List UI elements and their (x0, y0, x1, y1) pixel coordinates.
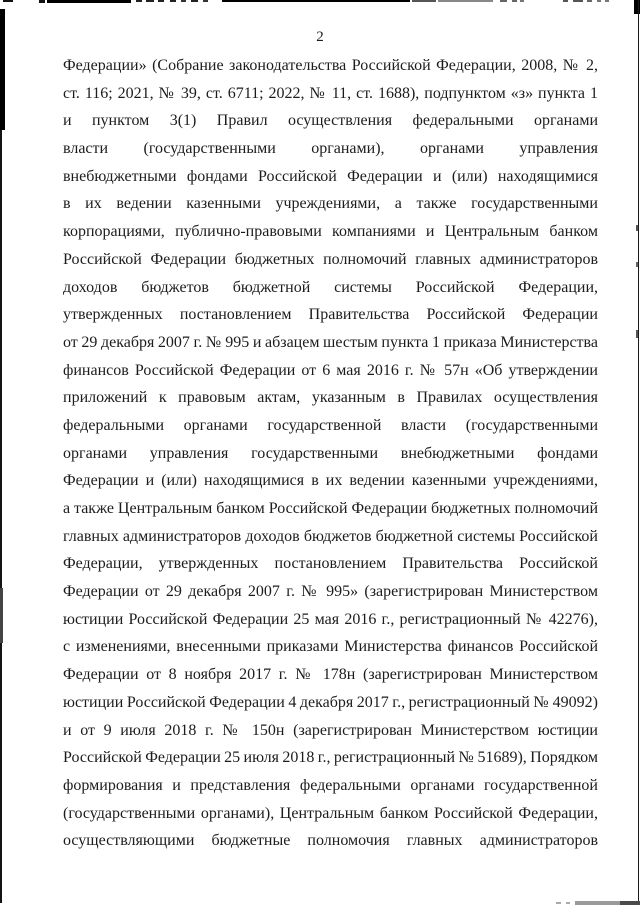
text-line: Федерации, утвержденных постановлением П… (63, 550, 598, 578)
scan-edge-top (222, 0, 410, 2)
text-line: Российской Федерации 25 июля 2018 г., ре… (63, 744, 598, 772)
scan-edge-top (136, 0, 142, 2)
text-line: приложений к правовым актам, указанным в… (63, 384, 598, 412)
text-line: утвержденных постановлением Правительств… (63, 301, 598, 329)
scan-edge-top (563, 0, 568, 2)
scan-edge-top (512, 0, 517, 2)
scan-edge-bottom (566, 902, 570, 904)
scan-edge-left (0, 9, 5, 130)
text-line: юстиции Российской Федерации 4 декабря 2… (63, 689, 598, 717)
scan-edge-left (0, 588, 3, 643)
text-line: Федерации от 29 декабря 2007 г. № 995» (… (63, 578, 598, 606)
document-text: Федерации» (Собрание законодательства Ро… (63, 52, 598, 855)
text-line: финансов Российской Федерации от 6 мая 2… (63, 357, 598, 385)
scan-edge-top (597, 0, 601, 2)
text-line: Федерации и (или) находящимися в их веде… (63, 467, 598, 495)
scan-edge-top (587, 0, 592, 2)
text-line: (государственными органами), Центральным… (63, 800, 598, 828)
text-line: и от 9 июля 2018 г. № 150н (зарегистриро… (63, 717, 598, 745)
scan-edge-top (438, 0, 493, 2)
scan-edge-top (520, 0, 524, 2)
page-number: 2 (0, 29, 640, 46)
text-line: Российской Федерации бюджетных полномочи… (63, 246, 598, 274)
text-line: осуществляющими бюджетные полномочия гла… (63, 827, 598, 855)
scan-edge-top (47, 0, 131, 3)
text-line: Федерации от 8 ноября 2017 г. № 178н (за… (63, 661, 598, 689)
scan-edge-right (636, 262, 638, 267)
text-line: Федерации» (Собрание законодательства Ро… (63, 52, 598, 80)
scan-edge-top (146, 0, 154, 2)
text-line: формирования и представления федеральным… (63, 772, 598, 800)
scan-edge-top (500, 0, 507, 2)
scan-edge-right (636, 330, 638, 338)
scan-edge-right (638, 0, 639, 905)
text-line: и пунктом 3(1) Правил осуществления феде… (63, 107, 598, 135)
text-line: доходов бюджетов бюджетной системы Росси… (63, 274, 598, 302)
scan-edge-bottom (620, 901, 640, 905)
text-line: власти (государственными органами), орга… (63, 135, 598, 163)
text-line: в их ведении казенными учреждениями, а т… (63, 190, 598, 218)
text-line: а также Центральным банком Российской Фе… (63, 495, 598, 523)
text-line: ст. 116; 2021, № 39, ст. 6711; 2022, № 1… (63, 80, 598, 108)
text-line: с изменениями, внесенными приказами Мини… (63, 633, 598, 661)
text-line: юстиции Российской Федерации 25 мая 2016… (63, 606, 598, 634)
text-line: внебюджетными фондами Российской Федерац… (63, 163, 598, 191)
text-line: главных администраторов доходов бюджетов… (63, 523, 598, 551)
scan-edge-top (3, 0, 13, 2)
text-line: органами управления государственными вне… (63, 440, 598, 468)
document-page: 2 Федерации» (Собрание законодательства … (0, 0, 640, 905)
scan-edge-bottom (556, 902, 561, 904)
text-line: корпорациями, публично-правовыми компани… (63, 218, 598, 246)
text-line: от 29 декабря 2007 г. № 995 и абзацем ше… (63, 329, 598, 357)
scan-edge-top (158, 0, 164, 2)
text-line: федеральными органами государственной вл… (63, 412, 598, 440)
scan-edge-top (170, 0, 176, 2)
scan-edge-right (636, 225, 638, 231)
scan-edge-right (634, 0, 640, 14)
scan-edge-top (605, 0, 609, 2)
scan-edge-top (39, 0, 45, 3)
scan-edge-left (0, 130, 2, 903)
scan-edge-top (573, 0, 583, 2)
scan-edge-top (191, 0, 198, 2)
scan-edge-top (181, 0, 186, 2)
scan-edge-top (203, 0, 208, 2)
scan-edge-top (412, 0, 436, 2)
